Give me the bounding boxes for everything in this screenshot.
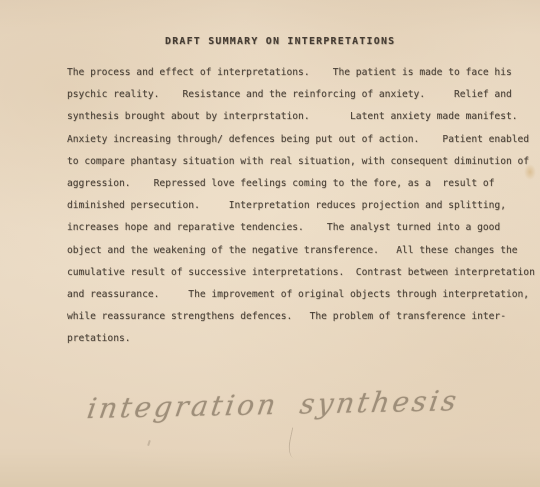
typewritten-line: synthesis brought about by interprstatio…: [67, 106, 540, 128]
typewritten-line: while reassurance strengthens defences. …: [67, 306, 540, 328]
handwritten-annotation: integration synthesis: [85, 384, 462, 425]
typewritten-line: cumulative result of successive interpre…: [67, 262, 540, 284]
typewritten-line: increases hope and reparative tendencies…: [67, 217, 540, 239]
pencil-stroke-artifact: [286, 427, 301, 458]
document-title: DRAFT SUMMARY ON INTERPRETATIONS: [165, 36, 395, 47]
typewritten-line: Anxiety increasing through/ defences bei…: [67, 129, 540, 151]
typewritten-line: to compare phantasy situation with real …: [67, 151, 540, 173]
scanned-typewritten-page: DRAFT SUMMARY ON INTERPRETATIONS The pro…: [0, 0, 540, 487]
typewritten-line: The process and effect of interpretation…: [67, 62, 540, 84]
typewritten-line: and reassurance. The improvement of orig…: [67, 284, 540, 306]
typewritten-line: psychic reality. Resistance and the rein…: [67, 84, 540, 106]
paper-smudge: [524, 164, 536, 180]
pencil-speck-artifact: [147, 440, 151, 446]
typewritten-line: diminished persecution. Interpretation r…: [67, 195, 540, 217]
typewritten-paragraph: The process and effect of interpretation…: [67, 62, 540, 350]
typewritten-line: object and the weakening of the negative…: [67, 240, 540, 262]
typewritten-line: aggression. Repressed love feelings comi…: [67, 173, 540, 195]
typewritten-line: pretations.: [67, 328, 540, 350]
